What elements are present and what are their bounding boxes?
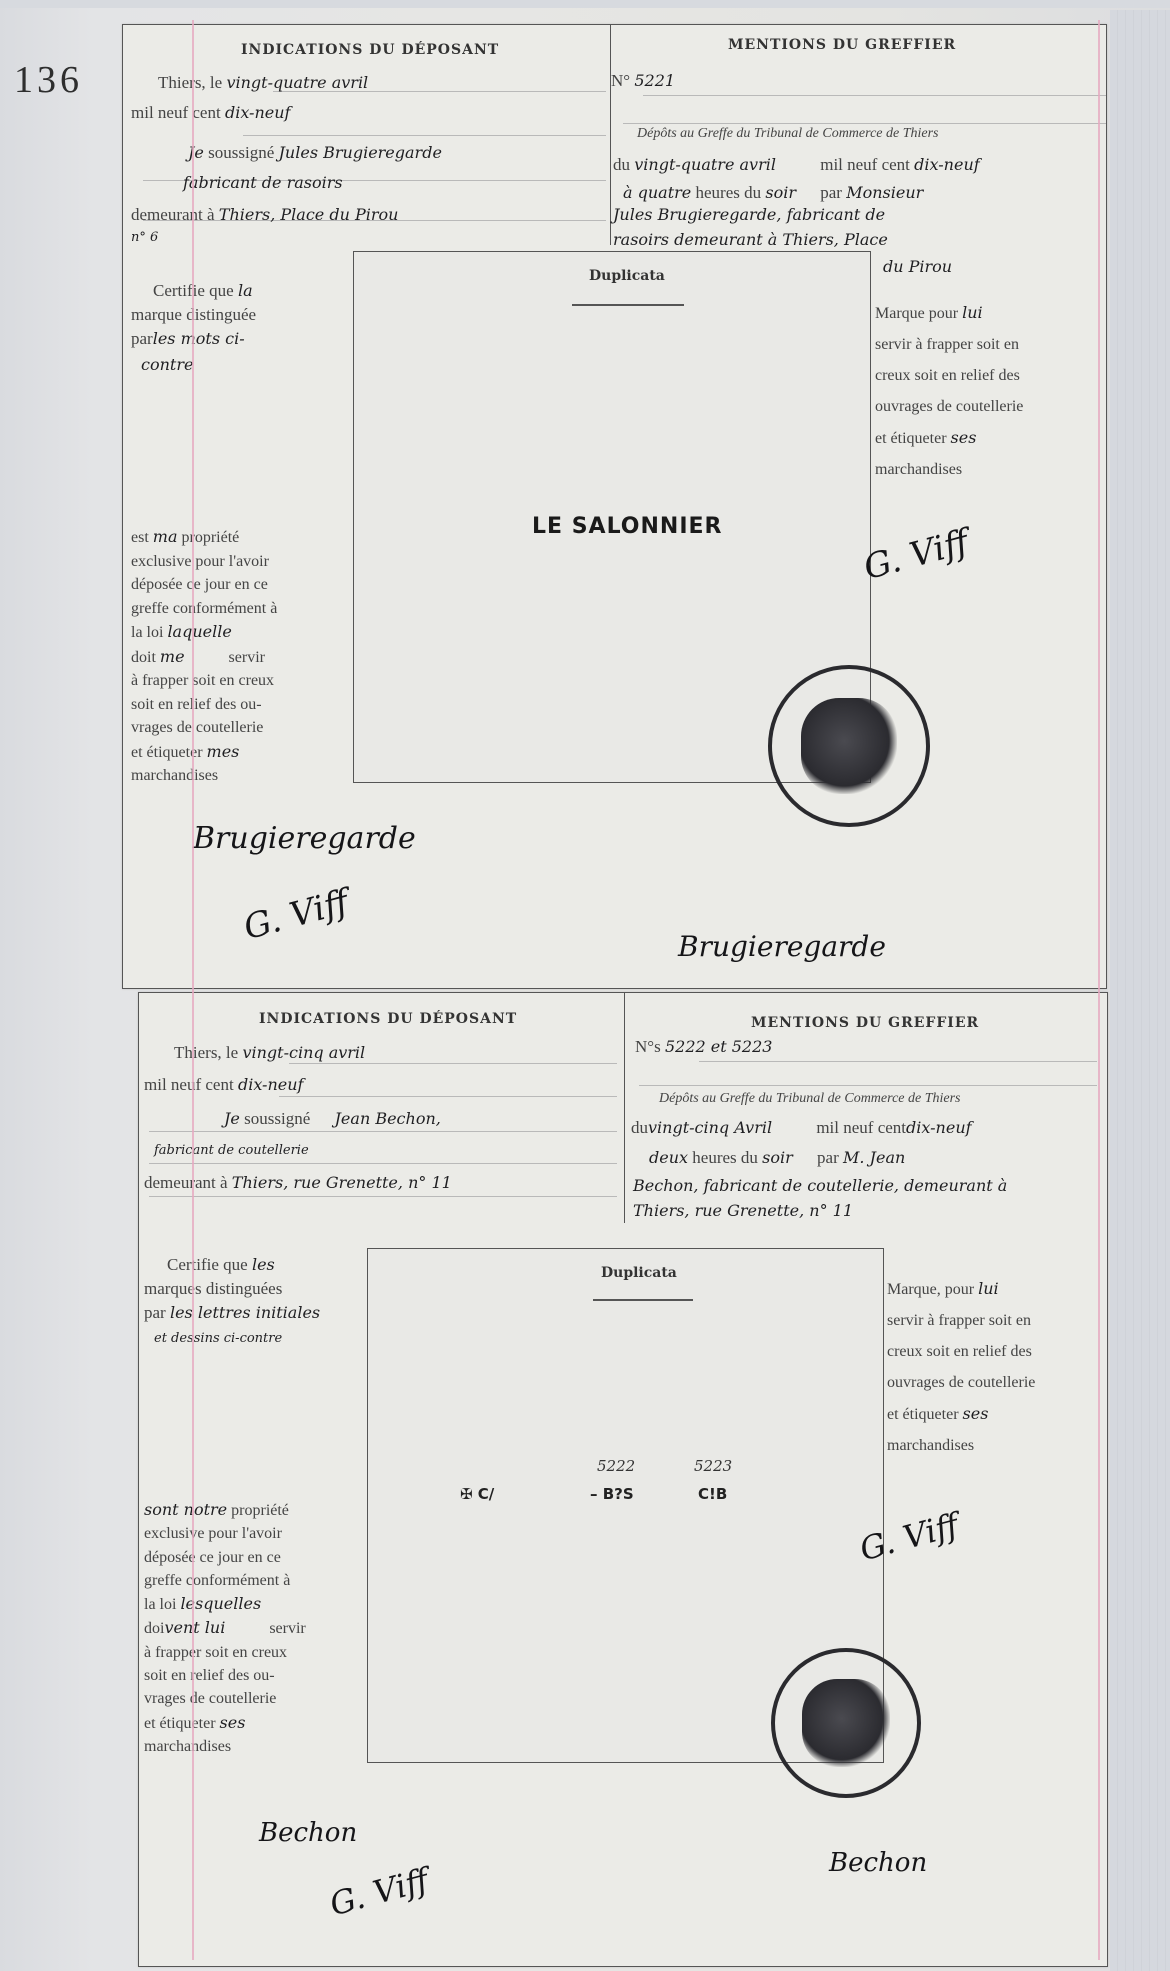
clerk-signature-left: G. Viff [240,882,353,948]
clerk-hour-line: à quatre heures du soir par Monsieur [623,183,923,203]
par-line: par les lettres initiales [144,1303,320,1323]
deposit-line: Dépôts au Greffe du Tribunal de Commerce… [659,1091,961,1107]
clerk-date-line: duvingt-cinq Avril mil neuf centdix-neuf [631,1118,972,1138]
trademark-3: C!B [698,1485,727,1503]
ledger-page-edges [1110,10,1170,1971]
certify-line: Certifie que les [167,1255,275,1275]
clerk-date-line: du vingt-quatre avril mil neuf cent dix-… [613,155,980,175]
par-line-2: contre [141,355,193,374]
trademark-1: ✠ C/ [460,1485,494,1503]
place-label: Thiers, le vingt-cinq avril [174,1043,365,1063]
depositor-body: est ma propriété exclusive pour l'avoir … [131,525,331,788]
clerk-by-line-2: Bechon, fabricant de coutellerie, demeur… [633,1176,1007,1195]
address-line: demeurant à Thiers, rue Grenette, n° 11 [144,1173,452,1193]
clerk-by-line-2: Jules Brugieregarde, fabricant de [613,205,885,224]
clerk-by-line-3: Thiers, rue Grenette, n° 11 [633,1201,853,1220]
tribunal-stamp [771,1648,921,1798]
depositor-signature: Bechon [259,1818,357,1848]
trademark-2: – B?S [590,1485,634,1503]
trademark-2-number: 5222 [597,1457,635,1475]
year-line: mil neuf cent dix-neuf [131,103,290,123]
occupation: fabricant de rasoirs [183,173,343,192]
mark-label: marques distinguées [144,1279,282,1299]
depositor-body: sont notre propriété exclusive pour l'av… [144,1498,354,1758]
depositor-heading: INDICATIONS DU DÉPOSANT [259,1011,517,1027]
address-line: demeurant à Thiers, Place du Pirou [131,205,398,225]
signed-line: Je soussigné Jean Bechon, [224,1109,441,1129]
tribunal-stamp [768,665,930,827]
depositor-name: Jules Brugieregarde [279,143,442,162]
date-handwritten: vingt-quatre avril [226,73,368,92]
clerk-number: N° 5221 [611,71,675,91]
clerk-by-line-3: rasoirs demeurant à Thiers, Place [613,230,888,249]
clerk-signature-left: G. Viff [326,1861,433,1924]
certify-line: Certifie que la [153,281,253,301]
trademark-le-salonnier: LE SALONNIER [532,514,723,539]
depositor-signature-right: Bechon [829,1848,927,1878]
clerk-heading: MENTIONS DU GREFFIER [751,1015,979,1031]
record-sheet-2: INDICATIONS DU DÉPOSANT Thiers, le vingt… [138,992,1108,1967]
place-label: Thiers, le vingt-quatre avril [158,73,368,93]
red-margin-line [1098,20,1100,1960]
clerk-signature-right: G. Viff [860,522,973,588]
par-line: parles mots ci- [131,329,245,349]
page-number: 136 [14,58,83,102]
clerk-by-line-4: du Pirou [883,257,952,276]
address-extra: n° 6 [131,230,158,245]
depositor-heading: INDICATIONS DU DÉPOSANT [241,42,499,58]
deposit-line: Dépôts au Greffe du Tribunal de Commerce… [637,126,939,142]
clerk-hour-line: deux heures du soir par M. Jean [649,1148,905,1168]
clerk-mark-text: Marque pour lui servir à frapper soit en… [875,297,1090,485]
signed-line: Je soussigné Jules Brugieregarde [188,143,442,163]
depositor-signature: Brugieregarde [193,821,416,856]
year-line: mil neuf cent dix-neuf [144,1075,303,1095]
clerk-number: N°s 5222 et 5223 [635,1037,772,1057]
duplicata-label: Duplicata [601,1265,677,1281]
depositor-signature-right: Brugieregarde [678,930,886,963]
par-line-2: et dessins ci-contre [154,1331,282,1346]
duplicata-label: Duplicata [589,268,665,284]
record-sheet-1: INDICATIONS DU DÉPOSANT Thiers, le vingt… [122,24,1107,989]
occupation: fabricant de coutellerie [154,1143,309,1158]
clerk-heading: MENTIONS DU GREFFIER [728,37,956,53]
trademark-3-number: 5223 [694,1457,732,1475]
clerk-mark-text: Marque, pour lui servir à frapper soit e… [887,1273,1102,1461]
red-margin-line [192,20,194,1960]
